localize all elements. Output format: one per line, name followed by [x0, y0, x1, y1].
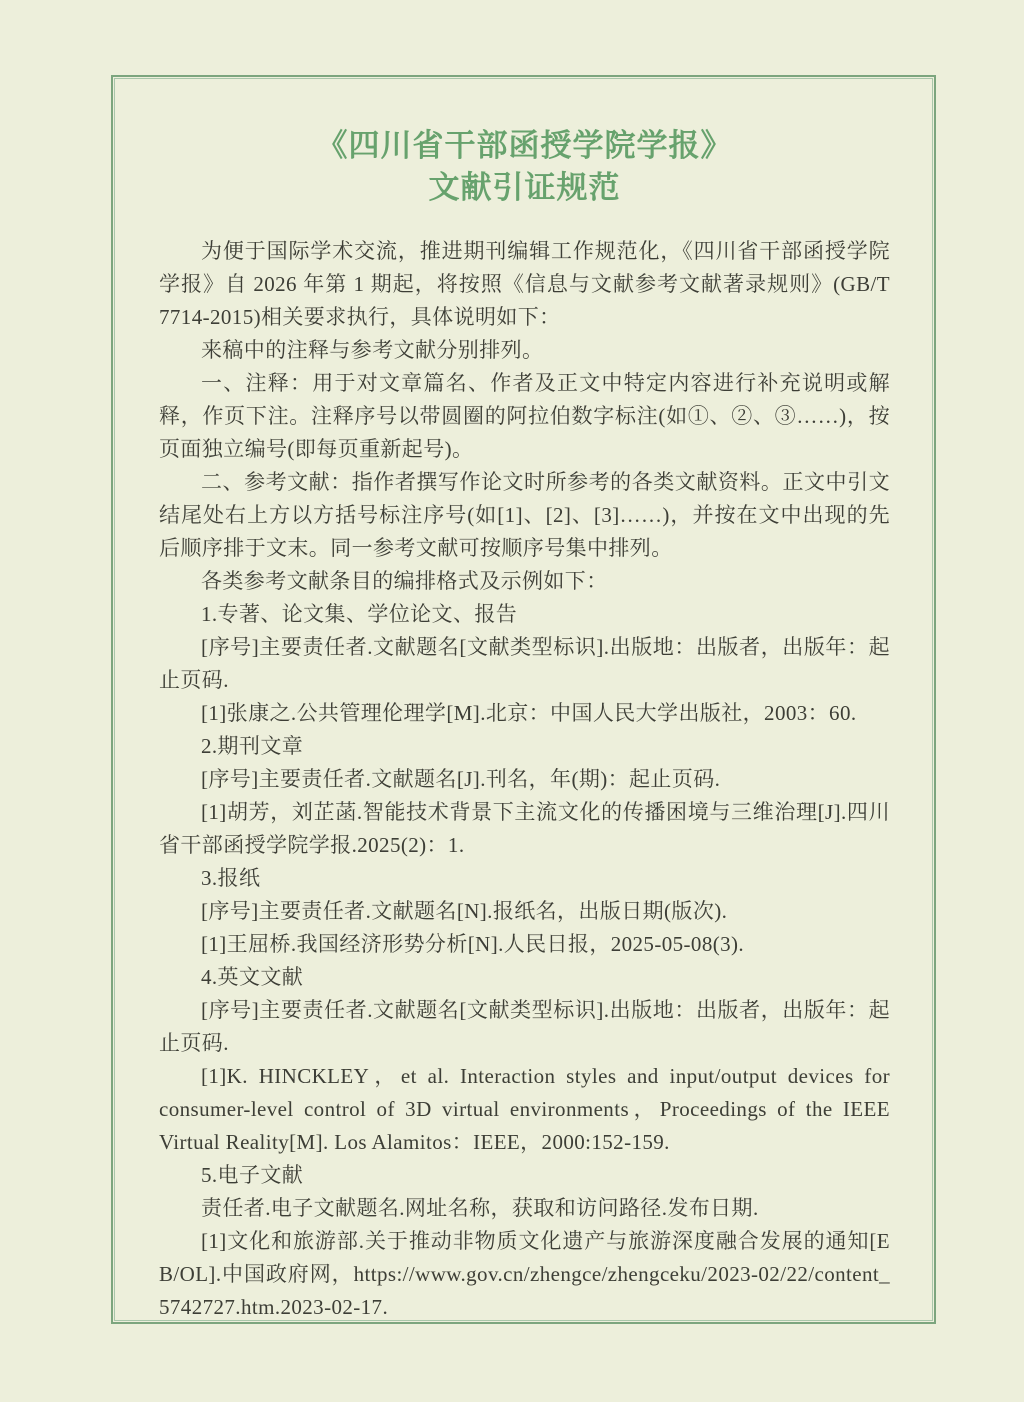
section2-example: [1]胡芳，刘芷菡.智能技术背景下主流文化的传播困境与三维治理[J].四川省干部…	[159, 796, 890, 862]
section5-format: 责任者.电子文献题名.网址名称，获取和访问路径.发布日期.	[159, 1192, 890, 1225]
section4-heading: 4.英文文献	[159, 961, 890, 994]
section4-example: [1]K. HINCKLEY，et al. Interaction styles…	[159, 1060, 890, 1159]
section2-format: [序号]主要责任者.文献题名[J].刊名，年(期)：起止页码.	[159, 763, 890, 796]
paragraph-rule-references: 二、参考文献：指作者撰写作论文时所参考的各类文献资料。正文中引文结尾处右上方以方…	[159, 466, 890, 565]
document-page: 《四川省干部函授学院学报》 文献引证规范 为便于国际学术交流，推进期刊编辑工作规…	[0, 0, 1024, 1402]
section1-heading: 1.专著、论文集、学位论文、报告	[159, 598, 890, 631]
section2-heading: 2.期刊文章	[159, 730, 890, 763]
section1-example: [1]张康之.公共管理伦理学[M].北京：中国人民大学出版社，2003：60.	[159, 697, 890, 730]
section3-format: [序号]主要责任者.文献题名[N].报纸名，出版日期(版次).	[159, 895, 890, 928]
section3-heading: 3.报纸	[159, 862, 890, 895]
title-journal-name: 《四川省干部函授学院学报》	[159, 125, 890, 167]
decorative-frame-inner: 《四川省干部函授学院学报》 文献引证规范 为便于国际学术交流，推进期刊编辑工作规…	[114, 78, 933, 1321]
document-body: 为便于国际学术交流，推进期刊编辑工作规范化，《四川省干部函授学院学报》自 202…	[159, 235, 890, 1321]
decorative-frame: 《四川省干部函授学院学报》 文献引证规范 为便于国际学术交流，推进期刊编辑工作规…	[111, 75, 936, 1324]
section5-heading: 5.电子文献	[159, 1159, 890, 1192]
paragraph-formats-intro: 各类参考文献条目的编排格式及示例如下：	[159, 565, 890, 598]
title-subject: 文献引证规范	[159, 167, 890, 209]
paragraph-intro: 为便于国际学术交流，推进期刊编辑工作规范化，《四川省干部函授学院学报》自 202…	[159, 235, 890, 334]
section1-format: [序号]主要责任者.文献题名[文献类型标识].出版地：出版者，出版年：起止页码.	[159, 631, 890, 697]
document-title: 《四川省干部函授学院学报》 文献引证规范	[159, 125, 890, 209]
paragraph-arrangement-note: 来稿中的注释与参考文献分别排列。	[159, 334, 890, 367]
section5-example: [1]文化和旅游部.关于推动非物质文化遗产与旅游深度融合发展的通知[EB/OL]…	[159, 1225, 890, 1321]
section4-format: [序号]主要责任者.文献题名[文献类型标识].出版地：出版者，出版年：起止页码.	[159, 994, 890, 1060]
paragraph-rule-annotations: 一、注释：用于对文章篇名、作者及正文中特定内容进行补充说明或解释，作页下注。注释…	[159, 367, 890, 466]
section3-example: [1]王屈桥.我国经济形势分析[N].人民日报，2025-05-08(3).	[159, 928, 890, 961]
